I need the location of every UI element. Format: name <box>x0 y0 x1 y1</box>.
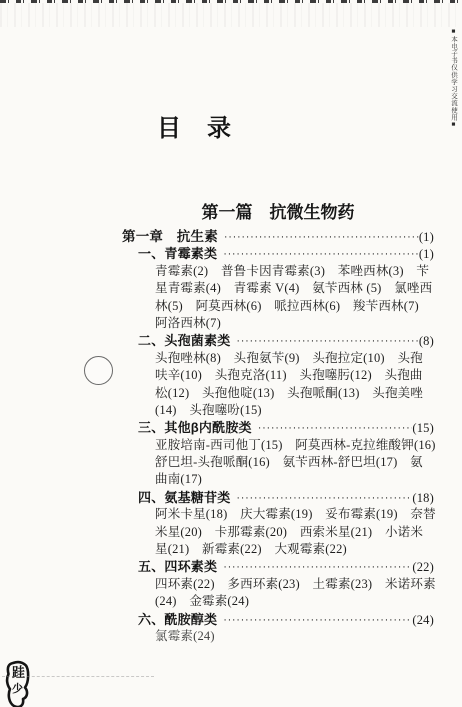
page-title: 目 录 <box>157 108 232 143</box>
toc-body-line: 氯霉素(24) <box>122 628 434 645</box>
toc-body-line: 米星(20) 卡那霉素(20) 西索米星(21) 小诺米 <box>122 524 434 541</box>
toc-body-line: 曲南(17) <box>122 471 434 488</box>
toc-section-row: 四、氨基糖苷类 ································… <box>122 489 434 506</box>
page-number: (18) <box>412 490 434 507</box>
section-label: 四、氨基糖苷类 <box>138 489 230 506</box>
dot-leader: ········································… <box>252 420 413 437</box>
page-number: (1) <box>419 246 434 263</box>
toc-body-line: 舒巴坦-头孢哌酮(16) 氨苄西林-舒巴坦(17) 氨 <box>122 454 434 471</box>
toc-body-line: 松(12) 头孢他啶(13) 头孢哌酮(13) 头孢美唑 <box>122 385 434 402</box>
toc-body-line: (14) 头孢噻吩(15) <box>122 402 434 419</box>
corner-seal-icon: 跬 少 <box>5 660 41 707</box>
dot-leader: ········································… <box>230 490 412 507</box>
page-number: (24) <box>412 612 434 629</box>
toc-body-line: 四环素(22) 多西环素(23) 土霉素(23) 米诺环素 <box>122 576 434 593</box>
section-label: 三、其他β内酰胺类 <box>138 419 252 436</box>
section-label: 六、酰胺醇类 <box>138 611 217 628</box>
page-number: (8) <box>419 333 434 350</box>
page-number: (22) <box>412 559 434 576</box>
toc-section-row: 三、其他β内酰胺类 ······························… <box>122 419 434 436</box>
svg-text:跬: 跬 <box>12 665 25 680</box>
dot-leader: ········································… <box>217 612 412 629</box>
dot-leader: ········································… <box>230 333 418 350</box>
toc-body-line: 青霉素(2) 普鲁卡因青霉素(3) 苯唑西林(3) 苄 <box>122 263 434 280</box>
toc-section-row: 一、青霉素类 ·································… <box>122 245 434 262</box>
toc-body-line: 星青霉素(4) 青霉素 V(4) 氨苄西林 (5) 氯唑西 <box>122 280 434 297</box>
toc-body-line: 阿洛西林(7) <box>122 315 434 332</box>
page-number: (1) <box>419 229 434 246</box>
section-label: 二、头孢菌素类 <box>138 332 230 349</box>
dot-leader: ········································… <box>217 246 419 263</box>
scan-streaks <box>0 3 462 27</box>
toc-body-line: 头孢唑林(8) 头孢氨苄(9) 头孢拉定(10) 头孢 <box>122 350 434 367</box>
faint-dashes <box>2 676 154 677</box>
scanned-toc-page: ■本电子书仅供学习交流使用■ 目 录 第一篇 抗微生物药 第一章 抗生素 ···… <box>0 0 462 707</box>
toc-section-row: 二、头孢菌素类 ································… <box>122 332 434 349</box>
toc-section-row: 五、四环素类 ·································… <box>122 558 434 575</box>
toc-body-line: 亚胺培南-西司他丁(15) 阿莫西林-克拉维酸钾(16) <box>122 437 434 454</box>
toc-body-line: (24) 金霉素(24) <box>122 593 434 610</box>
table-of-contents: 第一章 抗生素 ································… <box>122 228 434 645</box>
part-title: 第一篇 抗微生物药 <box>122 198 434 223</box>
dot-leader: ········································… <box>217 559 412 576</box>
toc-body-line: 林(5) 阿莫西林(6) 哌拉西林(6) 羧苄西林(7) <box>122 298 434 315</box>
page-number: (15) <box>412 420 434 437</box>
section-label: 五、四环素类 <box>138 558 217 575</box>
svg-text:少: 少 <box>12 681 23 695</box>
chapter-label: 第一章 抗生素 <box>122 228 218 245</box>
toc-section-row: 六、酰胺醇类 ·································… <box>122 611 434 628</box>
margin-watermark: ■本电子书仅供学习交流使用■ <box>449 28 458 144</box>
toc-body-line: 阿米卡星(18) 庆大霉素(19) 妥布霉素(19) 奈替 <box>122 506 434 523</box>
hole-punch <box>84 356 113 385</box>
toc-body-line: 星(21) 新霉素(22) 大观霉素(22) <box>122 541 434 558</box>
toc-chapter-row: 第一章 抗生素 ································… <box>122 228 434 245</box>
section-label: 一、青霉素类 <box>138 245 217 262</box>
dot-leader: ········································… <box>218 229 419 246</box>
toc-body-line: 呋辛(10) 头孢克洛(11) 头孢噻肟(12) 头孢曲 <box>122 367 434 384</box>
